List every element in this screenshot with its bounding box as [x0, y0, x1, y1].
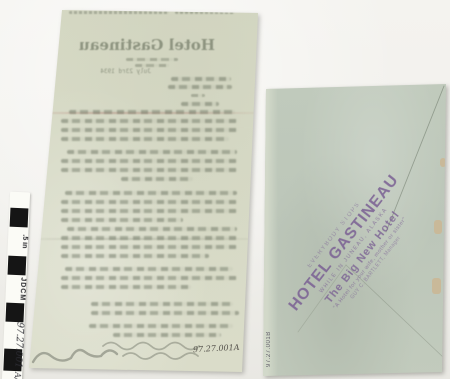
- envelope-edge-tear: [432, 278, 441, 294]
- handwriting-showthrough: [25, 6, 265, 378]
- envelope-wrap: EVERYBODY STOPS HOTEL GASTINEAU WHILE IN…: [258, 80, 450, 379]
- envelope-edge-tear: [434, 220, 442, 234]
- scale-bar-segment: [8, 256, 27, 276]
- scale-handwritten-suffix: A/B: [2, 371, 23, 379]
- envelope-back: EVERYBODY STOPS HOTEL GASTINEAU WHILE IN…: [258, 80, 450, 379]
- scale-handwritten-number: 97.27.001: [2, 320, 24, 371]
- envelope-edge-tear: [440, 158, 446, 167]
- envelope-catalog-number: 97.27.001B: [266, 305, 278, 367]
- archival-photo-background: .5 in JDCM 97.27.001 A/B Hotel Gastineau…: [0, 0, 450, 379]
- letter-sheet-wrap: Hotel Gastineau July 23rd 1934: [25, 6, 265, 378]
- letter-sheet-back: Hotel Gastineau July 23rd 1934: [25, 6, 265, 378]
- scale-org-label: JDCM: [5, 276, 26, 303]
